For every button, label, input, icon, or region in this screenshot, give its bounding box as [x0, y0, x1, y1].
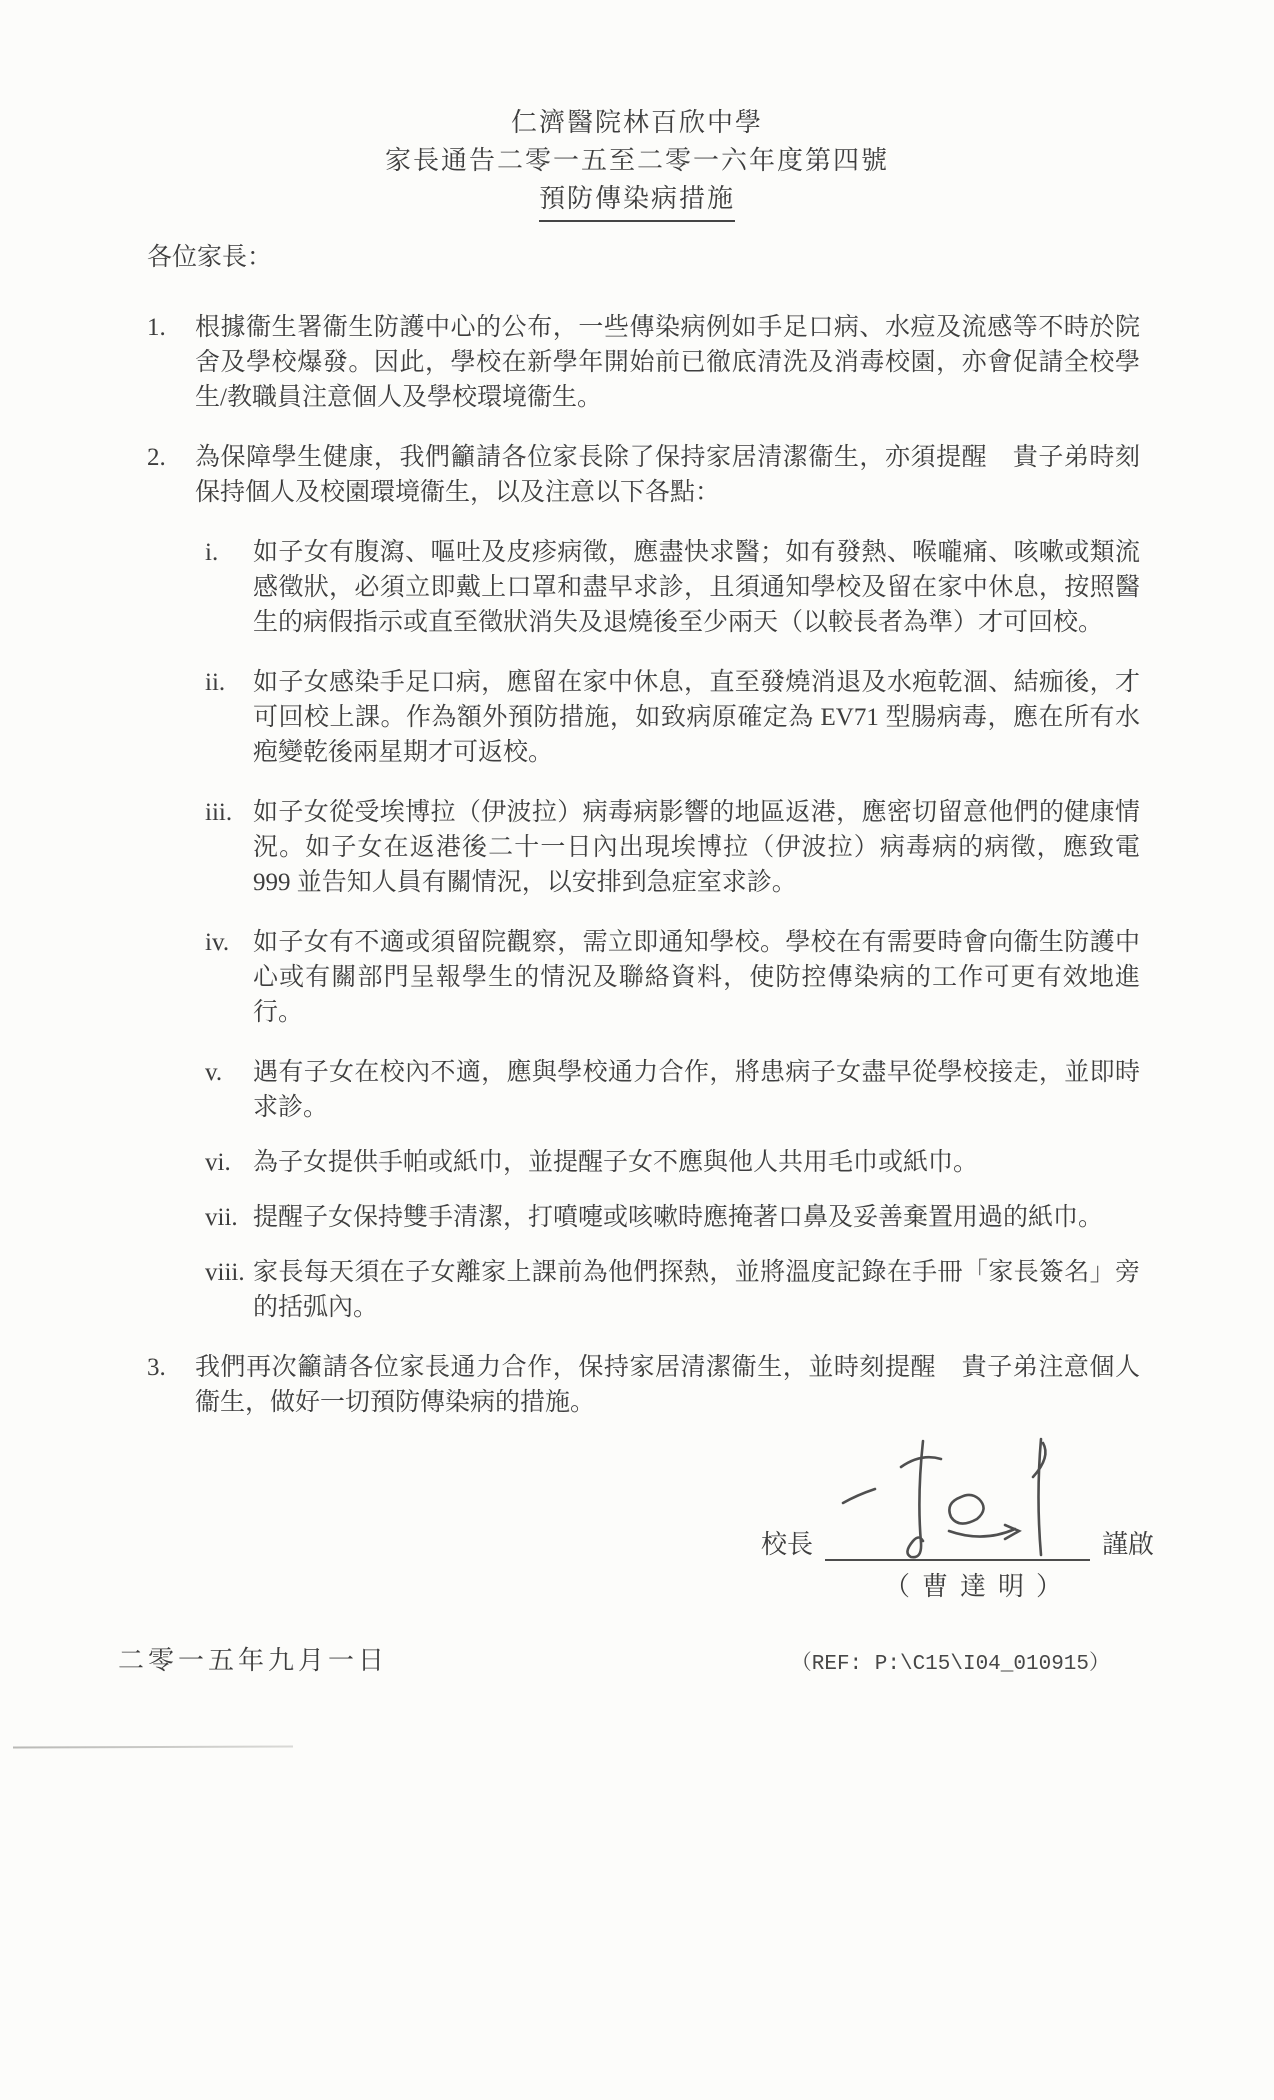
- item-number: 3.: [147, 1350, 195, 1420]
- sub-item-vi: vi. 為子女提供手帕或紙巾，並提醒子女不應與他人共用毛巾或紙巾。: [205, 1145, 1140, 1180]
- sub-item-iii: iii. 如子女從受埃博拉（伊波拉）病毒病影響的地區返港，應密切留意他們的健康情…: [205, 795, 1140, 900]
- item-number: iii.: [205, 795, 253, 900]
- scanned-notice-page: 仁濟醫院林百欣中學 家長通告二零一五至二零一六年度第四號 預防傳染病措施 各位家…: [0, 0, 1274, 2100]
- item-text: 如子女有腹瀉、嘔吐及皮疹病徵，應盡快求醫；如有發熱、喉嚨痛、咳嗽或類流感徵狀，必…: [253, 535, 1140, 640]
- item-number: viii.: [205, 1255, 253, 1325]
- salutation: 各位家長：: [147, 243, 1274, 273]
- item-text: 如子女有不適或須留院觀察，需立即通知學校。學校在有需要時會向衞生防護中心或有關部…: [253, 925, 1140, 1030]
- scan-artifact-line: [13, 1746, 293, 1749]
- school-name: 仁濟醫院林百欣中學: [0, 104, 1274, 142]
- item-text: 根據衞生署衞生防護中心的公布，一些傳染病例如手足口病、水痘及流感等不時於院舍及學…: [195, 310, 1140, 415]
- sub-item-viii: viii. 家長每天須在子女離家上課前為他們探熱，並將溫度記錄在手冊「家長簽名」…: [205, 1255, 1140, 1325]
- notice-number-line: 家長通告二零一五至二零一六年度第四號: [0, 142, 1274, 180]
- item-number: vii.: [205, 1200, 253, 1235]
- item-number: 2.: [147, 440, 195, 510]
- signature-line: [825, 1523, 1090, 1561]
- sub-item-v: v. 遇有子女在校內不適，應與學校通力合作，將患病子女盡早從學校接走，並即時求診…: [205, 1055, 1140, 1125]
- list-item-1: 1. 根據衞生署衞生防護中心的公布，一些傳染病例如手足口病、水痘及流感等不時於院…: [147, 310, 1140, 415]
- item-number: i.: [205, 535, 253, 640]
- principal-signature: [837, 1437, 1067, 1567]
- signature-row: 校長 謹啟: [0, 1525, 1154, 1561]
- item-text: 提醒子女保持雙手清潔，打噴嚏或咳嗽時應掩著口鼻及妥善棄置用過的紙巾。: [253, 1200, 1140, 1235]
- item-text: 家長每天須在子女離家上課前為他們探熱，並將溫度記錄在手冊「家長簽名」旁的括弧內。: [253, 1255, 1140, 1325]
- sub-item-i: i. 如子女有腹瀉、嘔吐及皮疹病徵，應盡快求醫；如有發熱、喉嚨痛、咳嗽或類流感徵…: [205, 535, 1140, 640]
- footer-row: 二零一五年九月一日 （REF: P:\C15\I04_010915）: [118, 1640, 1110, 1677]
- item-text: 遇有子女在校內不適，應與學校通力合作，將患病子女盡早從學校接走，並即時求診。: [253, 1055, 1140, 1125]
- notice-header: 仁濟醫院林百欣中學 家長通告二零一五至二零一六年度第四號 預防傳染病措施: [0, 0, 1274, 222]
- item-text: 為保障學生健康，我們籲請各位家長除了保持家居清潔衞生，亦須提醒 貴子弟時刻保持個…: [195, 440, 1140, 510]
- notice-subject: 預防傳染病措施: [539, 180, 735, 222]
- sub-item-ii: ii. 如子女感染手足口病，應留在家中休息，直至發燒消退及水疱乾涸、結痂後，才可…: [205, 665, 1140, 770]
- signature-role-label: 校長: [761, 1524, 813, 1561]
- reference-code: （REF: P:\C15\I04_010915）: [791, 1646, 1110, 1676]
- notice-body: 1. 根據衞生署衞生防護中心的公布，一些傳染病例如手足口病、水痘及流感等不時於院…: [147, 310, 1140, 1420]
- principal-name: （曹達明）: [0, 1569, 1274, 1604]
- notice-date: 二零一五年九月一日: [118, 1640, 388, 1677]
- item-text: 我們再次籲請各位家長通力合作，保持家居清潔衞生，並時刻提醒 貴子弟注意個人衞生，…: [195, 1350, 1140, 1420]
- item-text: 如子女感染手足口病，應留在家中休息，直至發燒消退及水疱乾涸、結痂後，才可回校上課…: [253, 665, 1140, 770]
- item-number: vi.: [205, 1145, 253, 1180]
- item-text: 如子女從受埃博拉（伊波拉）病毒病影響的地區返港，應密切留意他們的健康情況。如子女…: [253, 795, 1140, 900]
- item-number: 1.: [147, 310, 195, 415]
- item-number: iv.: [205, 925, 253, 1030]
- list-item-2: 2. 為保障學生健康，我們籲請各位家長除了保持家居清潔衞生，亦須提醒 貴子弟時刻…: [147, 440, 1140, 510]
- signature-closing-label: 謹啟: [1102, 1524, 1154, 1561]
- item-number: ii.: [205, 665, 253, 770]
- item-number: v.: [205, 1055, 253, 1125]
- item-text: 為子女提供手帕或紙巾，並提醒子女不應與他人共用毛巾或紙巾。: [253, 1145, 1140, 1180]
- sub-item-iv: iv. 如子女有不適或須留院觀察，需立即通知學校。學校在有需要時會向衞生防護中心…: [205, 925, 1140, 1030]
- list-item-3: 3. 我們再次籲請各位家長通力合作，保持家居清潔衞生，並時刻提醒 貴子弟注意個人…: [147, 1350, 1140, 1420]
- sub-item-vii: vii. 提醒子女保持雙手清潔，打噴嚏或咳嗽時應掩著口鼻及妥善棄置用過的紙巾。: [205, 1200, 1140, 1235]
